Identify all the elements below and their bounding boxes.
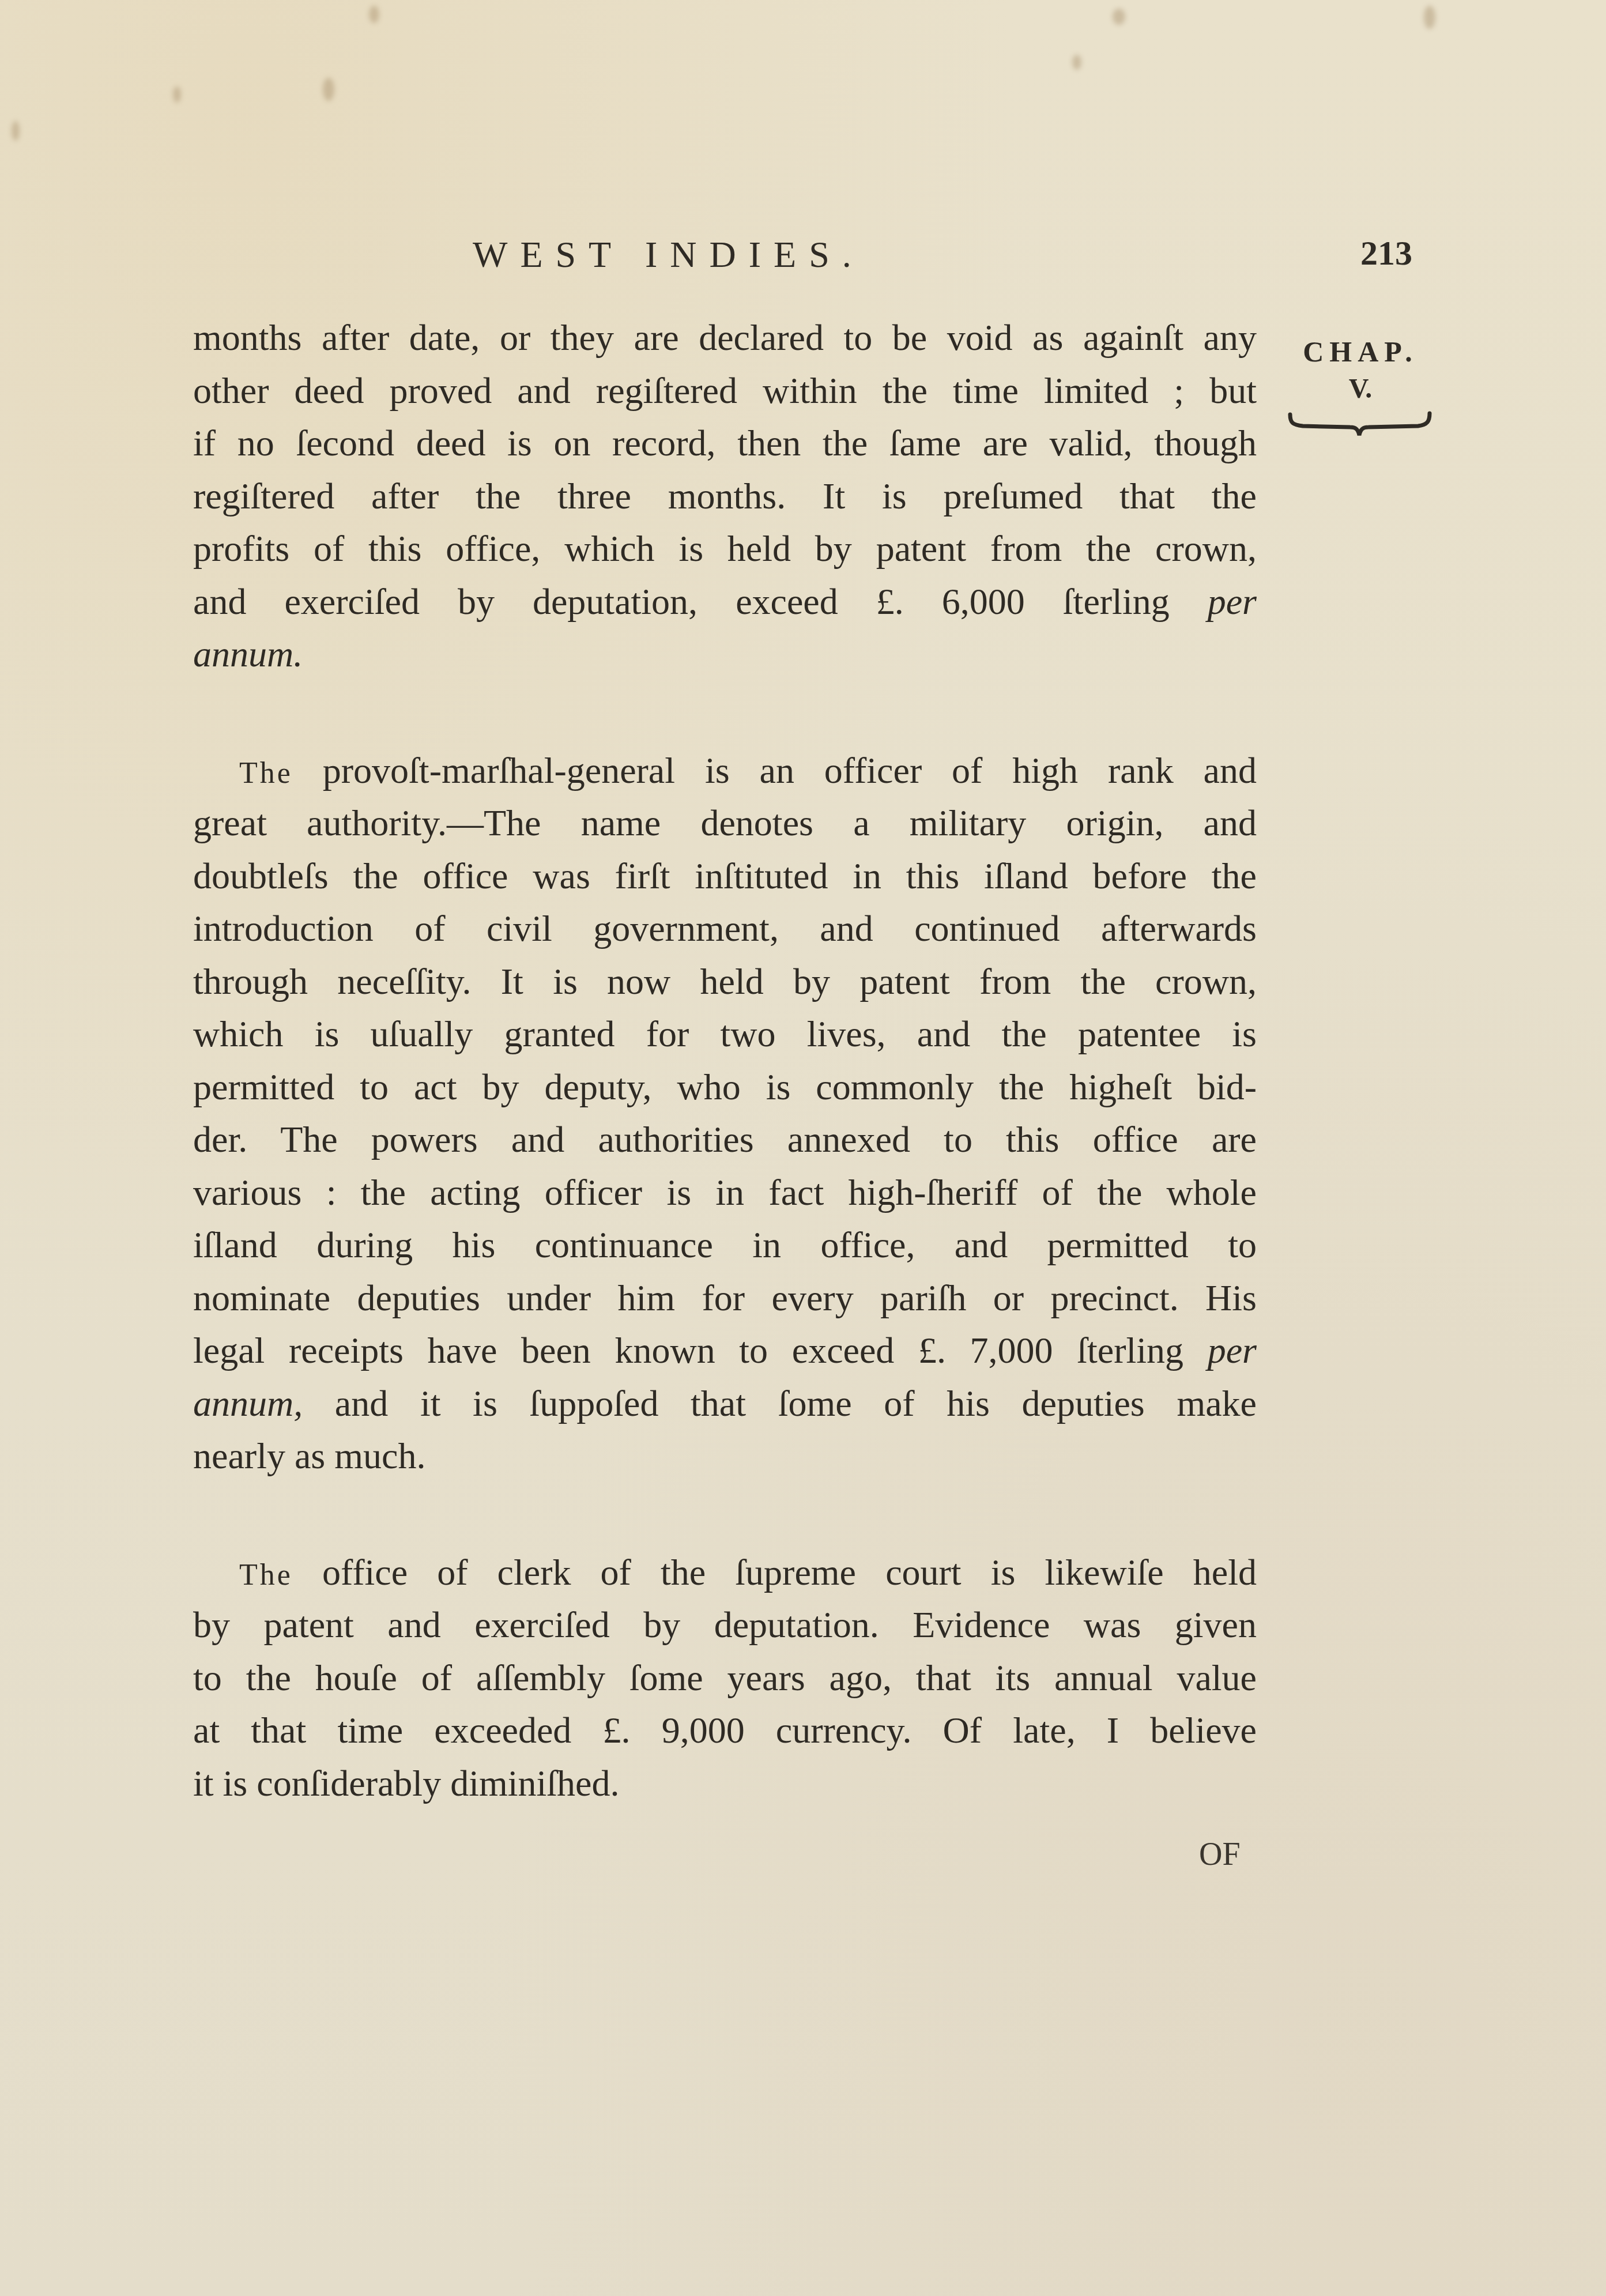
text-line: various : the acting officer is in fact … (193, 1166, 1257, 1219)
text-line: and exerciſed by deputation, exceed £. 6… (193, 575, 1257, 628)
catchword: OF (1199, 1836, 1241, 1873)
text-line: der. The powers and authorities annexed … (193, 1113, 1257, 1166)
italic-word: annum. (193, 634, 303, 674)
text-line: legal receipts have been known to exceed… (193, 1324, 1257, 1377)
book-page: WEST INDIES. 213 CHAP. V. months after d… (0, 0, 1606, 2296)
foxing-spot (1424, 6, 1435, 29)
italic-word: annum, (193, 1383, 303, 1424)
text-line: annum, and it is ſuppoſed that ſome of h… (193, 1377, 1257, 1430)
text-line: through neceſſity. It is now held by pat… (193, 955, 1257, 1008)
text-line: annum. (193, 628, 1257, 681)
paragraph-provost-marshal: The provoſt-marſhal-general is an office… (193, 744, 1257, 1483)
running-head: WEST INDIES. (473, 233, 864, 276)
text-fragment: and it is ſuppoſed that ſome of his depu… (335, 1383, 1257, 1424)
text-line: iſland during his continuance in office,… (193, 1219, 1257, 1272)
small-caps-lead: The (239, 1559, 293, 1592)
text-line: doubtleſs the office was firſt inſtitute… (193, 850, 1257, 903)
text-fragment: legal receipts have been known to exceed… (193, 1330, 1183, 1371)
brace-ornament-icon (1285, 410, 1435, 439)
page-number: 213 (1360, 233, 1412, 273)
text-line: nearly as much. (193, 1430, 1257, 1483)
foxing-spot (369, 6, 379, 23)
foxing-spot (323, 78, 334, 101)
foxing-spot (1072, 55, 1081, 70)
italic-word: per (1208, 581, 1257, 622)
paragraph-gap (193, 681, 1257, 744)
foxing-spot (1113, 9, 1125, 25)
chapter-margin-note: CHAP. V. (1268, 331, 1453, 439)
italic-word: per (1208, 1330, 1257, 1371)
text-line: regiſtered after the three months. It is… (193, 470, 1257, 523)
text-line: if no ſecond deed is on record, then the… (193, 417, 1257, 470)
text-line: profits of this office, which is held by… (193, 522, 1257, 575)
small-caps-lead: The (239, 757, 293, 790)
body-text: months after date, or they are declared … (193, 311, 1257, 1809)
text-fragment: provoſt-marſhal-general is an officer of… (323, 750, 1257, 791)
text-line: at that time exceeded £. 9,000 currency.… (193, 1704, 1257, 1757)
paragraph-clerk-supreme-court: The office of clerk of the ſupreme court… (193, 1546, 1257, 1810)
text-line: other deed proved and regiſtered within … (193, 364, 1257, 417)
foxing-spot (12, 121, 20, 141)
paragraph-gap (193, 1483, 1257, 1546)
text-line: permitted to act by deputy, who is commo… (193, 1061, 1257, 1114)
text-line: by patent and exerciſed by deputation. E… (193, 1598, 1257, 1652)
text-line: to the houſe of aſſembly ſome years ago,… (193, 1652, 1257, 1705)
text-line: it is conſiderably diminiſhed. (193, 1757, 1257, 1810)
foxing-spot (173, 86, 181, 103)
text-line: The provoſt-marſhal-general is an office… (193, 744, 1257, 797)
text-line: introduction of civil government, and co… (193, 902, 1257, 955)
text-line: great authority.—The name denotes a mili… (193, 797, 1257, 850)
text-fragment: office of clerk of the ſupreme court is … (322, 1552, 1257, 1593)
text-line: The office of clerk of the ſupreme court… (193, 1546, 1257, 1599)
chapter-label: CHAP. (1268, 331, 1453, 372)
paragraph-deeds-registry: months after date, or they are declared … (193, 311, 1257, 681)
text-fragment: and exerciſed by deputation, exceed £. 6… (193, 581, 1170, 622)
text-line: nominate deputies under him for every pa… (193, 1272, 1257, 1325)
chapter-number: V. (1268, 372, 1453, 406)
text-line: which is uſually granted for two lives, … (193, 1008, 1257, 1061)
text-line: months after date, or they are declared … (193, 311, 1257, 364)
